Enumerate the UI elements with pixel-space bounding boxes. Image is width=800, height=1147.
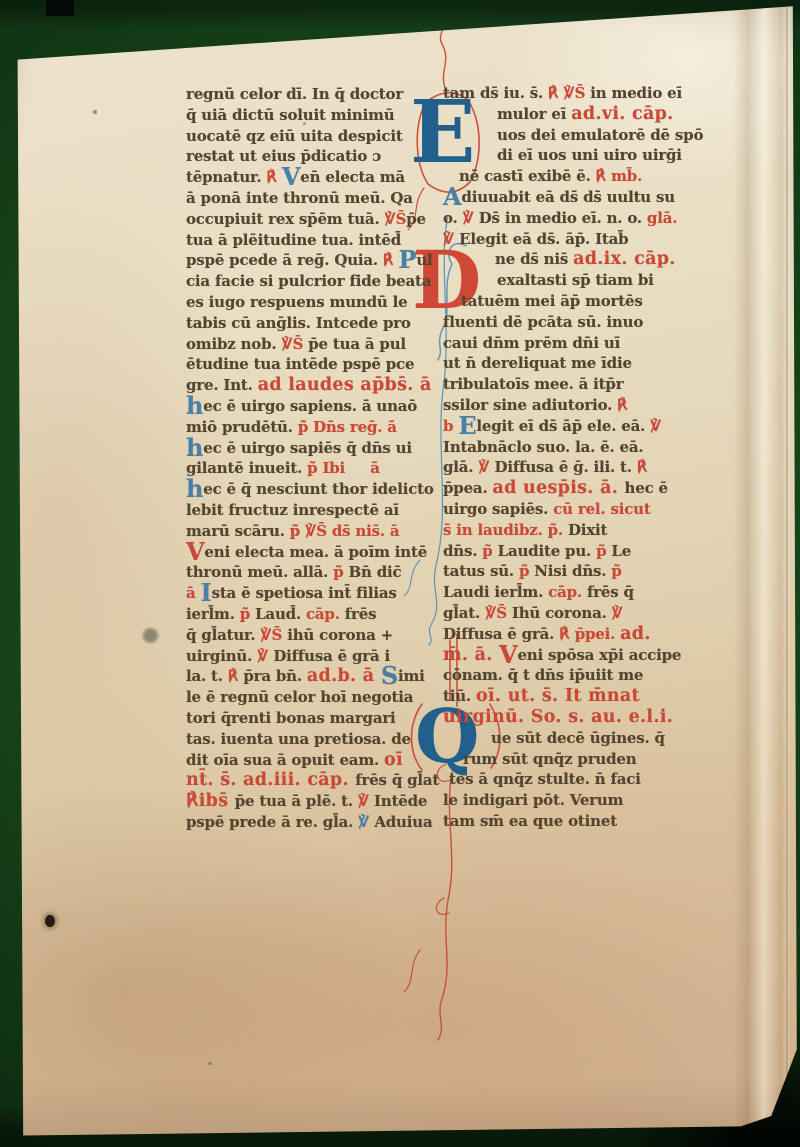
text-segment: mulor eī — [497, 105, 571, 123]
text-segment: p̃ — [519, 562, 534, 580]
text-line: fluenti dē pcāta sū. inuo — [443, 312, 703, 333]
text-segment: ℟ — [383, 251, 398, 269]
text-segment: ℣ — [443, 230, 459, 248]
text-line: hec ē uirgo sapiēs q̄ dn̄s ui — [186, 438, 439, 459]
text-line: o. ℣ Ds̄ in medio eī. n. o. glā. — [443, 208, 703, 229]
text-segment: p̄e tua ā pul — [308, 335, 406, 353]
text-line: tabis cū anḡlis. Intcede pro — [186, 313, 439, 334]
text-line: p̄pea. ad uesp̄is. ā. hec ē — [443, 478, 703, 499]
text-segment: en̄ electa mā — [300, 168, 405, 186]
text-segment: ad. — [620, 624, 651, 644]
text-line: cia facie si pulcrior fide beata — [186, 271, 439, 292]
text-segment: nt̄. s̄. ad.iii. cāp. — [186, 770, 355, 790]
text-segment: ℣S̄ — [260, 626, 287, 644]
text-line: b Elegit eī ds̄ āp̄ ele. eā. ℣ — [443, 416, 703, 437]
text-line: mulor eī ad.vi. cāp. — [443, 104, 703, 125]
text-segment: Nisi dn̄s. — [534, 562, 611, 580]
text-line: ℣ Elegit eā ds̄. āp̄. Itab̄ — [443, 229, 703, 250]
text-line: ssilor sine adiutorio. ℟ — [443, 395, 703, 416]
text-line: hec ē q̄ nesciunt thor idelicto — [186, 479, 439, 500]
text-segment: ℣ — [358, 813, 374, 831]
text-segment: in medio eī — [590, 84, 682, 102]
text-segment: glā. — [647, 209, 677, 227]
text-line: tam ds̄ iu. s̄. ℟ ℣S̄ in medio eī — [443, 83, 703, 104]
text-segment: ℣ — [257, 647, 273, 665]
text-line: m̄. ā. Veni spōsa xp̄i accipe — [443, 645, 703, 666]
text-segment: m̄. ā. — [443, 645, 499, 665]
text-segment: cāp. — [548, 583, 587, 601]
text-segment: ad.b. ā — [307, 666, 381, 686]
text-segment: P — [398, 245, 416, 274]
text-segment: es iugo respuens mundū le — [186, 293, 407, 311]
text-segment: p̃ Dn̄s reḡ. ā — [298, 418, 397, 436]
text-line: Adiuuabit eā ds̄ ds̄ uultu su — [443, 187, 703, 208]
text-segment: S — [381, 661, 398, 690]
text-segment: tes ā qnq̄z stulte. n̄ faci — [449, 770, 641, 788]
text-segment: ℣ — [463, 209, 479, 227]
text-line: nē castī exibē ē. ℟ mb̄. — [443, 166, 703, 187]
text-segment: lebit fructuz inrespectē aī — [186, 501, 399, 519]
text-segment: I — [201, 578, 212, 607]
text-segment: dn̄s. — [443, 542, 482, 560]
text-segment: s̄ in laudibz. p̃. — [443, 521, 568, 539]
text-segment: eni spōsa xp̄i accipe — [517, 646, 681, 664]
text-segment: cū rel. sicut — [553, 500, 650, 518]
text-segment: p̃ — [333, 563, 348, 581]
text-segment: Laudite pu. — [498, 542, 597, 560]
text-segment: p̃ — [482, 542, 497, 560]
text-segment: ℣S̄ — [385, 210, 407, 228]
text-segment: ne ds̄ nis̄ — [495, 250, 573, 268]
text-segment: ul — [416, 251, 432, 269]
text-segment: Ihū corona. — [512, 604, 612, 622]
manuscript-page: E D Q regnū celor dī. In q̄ doctorq̄ uiā… — [0, 0, 800, 1147]
text-line: lebit fructuz inrespectē aī — [186, 500, 439, 521]
text-segment: ad laudes ap̄bs̄. ā — [258, 375, 432, 395]
stain-spot — [141, 627, 160, 644]
page-fold — [733, 0, 789, 1147]
text-segment: ad.ix. cāp. — [573, 249, 676, 269]
text-line: ā ponā inte thronū meū. Qa — [186, 188, 439, 209]
text-segment: q̄ gl̄atur. — [186, 626, 260, 644]
text-segment: A — [443, 182, 461, 211]
text-segment: tua ā plēitudine tua. intēd̄ — [186, 231, 401, 249]
text-line: exaltasti sp̄ tiam bi — [443, 270, 703, 291]
text-segment: la. t. — [186, 667, 228, 685]
text-segment: le ē regnū celor hoī negotia — [186, 688, 413, 706]
text-segment: p̃ — [611, 562, 621, 580]
text-line: thronū meū. allā. p̃ Bn̄ dic̄ — [186, 562, 439, 583]
text-segment: oī — [384, 750, 403, 770]
text-segment: ec ē q̄ nesciunt thor idelicto — [203, 480, 433, 498]
text-line: dn̄s. p̃ Laudite pu. p̃ Le — [443, 541, 703, 562]
text-segment: ut n̄ dereliquat me īdie — [443, 354, 632, 372]
text-segment: uirgo sapiēs. — [443, 500, 553, 518]
text-segment: Elegit eā ds̄. āp̄. Itab̄ — [459, 230, 628, 248]
text-segment: ec ē uirgo sapiēs q̄ dn̄s ui — [203, 439, 412, 457]
text-line: Veni electa mea. ā poīm intē — [186, 542, 439, 563]
text-segment: glā. — [443, 458, 478, 476]
text-segment: Aduiua — [374, 813, 432, 831]
text-segment: p̄e tua ā plē. t. — [235, 792, 358, 810]
photo-background: E D Q regnū celor dī. In q̄ doctorq̄ uiā… — [0, 0, 800, 1147]
speck — [93, 110, 97, 114]
text-segment: sta ē spetiosa int̄ filias — [212, 584, 397, 602]
text-line: ā Ista ē spetiosa int̄ filias — [186, 583, 439, 604]
page-fold-crease — [786, 0, 788, 1147]
text-segment: uirginū. — [186, 647, 257, 665]
text-segment: nē castī exibē ē. — [459, 167, 596, 185]
text-segment: ℣ — [612, 604, 623, 622]
text-segment: ℟ — [266, 168, 281, 186]
text-segment: h — [186, 391, 203, 420]
text-line: tēpnatur. ℟ Ven̄ electa mā — [186, 167, 439, 188]
text-segment: ℟ibs̄ — [186, 791, 235, 811]
text-segment: p̃ ℣S̄ ds̄ nis̄. ā — [290, 522, 400, 540]
text-segment: Ds̄ in medio eī. n. o. — [479, 209, 647, 227]
text-line: restat ut eius p̄dicatio ɔ — [186, 146, 439, 167]
text-segment: cōnam. q̄ t dn̄s ip̄uiit me — [443, 666, 643, 684]
text-segment: tabis cū anḡlis. Intcede pro — [186, 314, 411, 332]
text-line: rum sūt qnq̄z pruden — [443, 749, 703, 770]
text-line: Diffusa ē grā. ℟ p̄pei. ad. — [443, 624, 703, 645]
wormhole — [45, 915, 55, 927]
text-segment: dit oīa sua ā opuit eam. — [186, 751, 384, 769]
text-line: gilantē inueit. p̃ Ibi ā — [186, 458, 439, 479]
text-segment: uirginū. So. s. au. e.l.i. — [443, 707, 673, 727]
text-segment: cia facie si pulcrior fide beata — [186, 272, 431, 290]
text-segment: Le — [611, 542, 631, 560]
text-line: uocatē qz eiū uita despicit — [186, 126, 439, 147]
text-segment: o. — [443, 209, 463, 227]
text-segment: gilantē inueit. — [186, 459, 307, 477]
text-segment: Intabnāclo suo. la. ē. eā. — [443, 438, 643, 456]
text-line: pspē pcede ā reḡ. Quia. ℟ Pul — [186, 250, 439, 271]
text-segment: oī. ut. s̄. It m̄nat — [476, 686, 640, 706]
text-line: miō prudētū. p̃ Dn̄s reḡ. ā — [186, 417, 439, 438]
text-segment: tas. iuenta una pretiosa. de — [186, 730, 411, 748]
background-gap — [46, 0, 74, 16]
text-line: uos dei emulatorē dē spō — [443, 125, 703, 146]
text-segment: p̃ Ibi — [307, 459, 345, 477]
text-segment: p̃ — [596, 542, 611, 560]
text-segment: pspē prede ā re. gl̄a. — [186, 813, 358, 831]
text-line: ierl̄m. p̃ Laud̄. cāp. frēs — [186, 604, 439, 625]
text-segment: p̄e — [406, 210, 426, 228]
text-line: tatus sū. p̃ Nisi dn̄s. p̃ — [443, 561, 703, 582]
text-segment: V — [282, 162, 300, 191]
text-segment: ℣S̄ — [281, 335, 308, 353]
text-segment: regnū celor dī. In q̄ doctor — [186, 85, 403, 103]
text-segment: ētudine tua intēde pspē pce — [186, 355, 414, 373]
text-line: omibz nob. ℣S̄ p̄e tua ā pul — [186, 334, 439, 355]
text-line: tas. iuenta una pretiosa. de — [186, 729, 439, 750]
text-segment: ℣ — [358, 792, 374, 810]
text-line: gre. Int. ad laudes ap̄bs̄. ā — [186, 375, 439, 396]
text-segment: uos dei emulatorē dē spō — [497, 126, 703, 144]
text-segment: ℟ mb̄. — [596, 167, 642, 185]
text-line: nt̄. s̄. ad.iii. cāp. frēs q̄ gl̄at — [186, 770, 439, 791]
text-segment: tatus sū. — [443, 562, 519, 580]
text-line: di eī uos uni uiro uirḡi — [443, 145, 703, 166]
text-segment: ℟ — [637, 458, 647, 476]
text-line: s̄ in laudibz. p̃. Dixit — [443, 520, 703, 541]
text-segment: eni electa mea. ā poīm intē — [204, 543, 427, 561]
text-segment: ℣ — [650, 417, 661, 435]
text-segment: omibz nob. — [186, 335, 281, 353]
text-segment: p̄pea. — [443, 479, 492, 497]
text-line: uirginū. ℣ Diffusa ē grā i — [186, 646, 439, 667]
text-segment: ℣ — [478, 458, 494, 476]
text-segment: Laud̄. — [255, 605, 306, 623]
text-segment: ℟ — [228, 667, 243, 685]
text-line: cōnam. q̄ t dn̄s ip̄uiit me — [443, 665, 703, 686]
text-segment: Bn̄ dic̄ — [349, 563, 402, 581]
text-segment: h — [186, 433, 203, 462]
text-segment: ierl̄m. — [186, 605, 240, 623]
text-segment: frēs q̄ — [587, 583, 634, 601]
text-column-left: regnū celor dī. In q̄ doctorq̄ uiā dictū… — [186, 84, 439, 833]
text-segment: diuuabit eā ds̄ ds̄ uultu su — [461, 188, 675, 206]
text-line: tori q̄renti bonas margari — [186, 708, 439, 729]
text-segment: frēs — [345, 605, 377, 623]
text-segment: Dixit — [568, 521, 607, 539]
text-segment: ue sūt decē ūgines. q̄ — [491, 729, 665, 747]
text-line: hec ē uirgo sapiens. ā unaō — [186, 396, 439, 417]
text-segment: q̄ uiā dictū soluit minimū — [186, 106, 395, 124]
text-segment: tatuēm mei āp̄ mortēs — [461, 292, 643, 310]
text-segment: p̃ — [240, 605, 255, 623]
text-segment: ā — [186, 584, 201, 602]
text-segment: V — [499, 640, 517, 669]
text-segment: tori q̄renti bonas margari — [186, 709, 396, 727]
speck — [208, 1062, 212, 1065]
text-line: caui dn̄m prēm dn̄i uī — [443, 333, 703, 354]
text-segment: caui dn̄m prēm dn̄i uī — [443, 334, 620, 352]
text-segment: ec ē uirgo sapiens. ā unaō — [203, 397, 417, 415]
text-segment: hec ē — [625, 479, 668, 497]
text-segment: ā ponā inte thronū meū. Qa — [186, 189, 413, 207]
text-segment: ℟ — [617, 396, 627, 414]
text-segment: rum sūt qnq̄z pruden — [463, 750, 636, 768]
text-segment: ad uesp̄is. ā. — [492, 478, 624, 498]
text-line: ut n̄ dereliquat me īdie — [443, 353, 703, 374]
text-segment: di eī uos uni uiro uirḡi — [497, 146, 682, 164]
text-segment: E — [458, 411, 476, 440]
text-segment: Intēde — [374, 792, 427, 810]
text-line: ne ds̄ nis̄ ad.ix. cāp. — [443, 249, 703, 270]
text-line: uirginū. So. s. au. e.l.i. — [443, 707, 703, 728]
text-line: ētudine tua intēde pspē pce — [186, 354, 439, 375]
text-segment: frēs q̄ gl̄at — [355, 771, 439, 789]
text-line: marū scāru. p̃ ℣S̄ ds̄ nis̄. ā — [186, 521, 439, 542]
text-line: uirgo sapiēs. cū rel. sicut — [443, 499, 703, 520]
text-segment: tēpnatur. — [186, 168, 266, 186]
text-segment: gl̄at. — [443, 604, 485, 622]
text-segment: cāp. — [306, 605, 345, 623]
text-segment: fluenti dē pcāta sū. inuo — [443, 313, 643, 331]
text-segment: tam ds̄ iu. s̄. — [443, 84, 548, 102]
text-segment: imi — [398, 667, 425, 685]
text-line: Intabnāclo suo. la. ē. eā. — [443, 437, 703, 458]
text-line: le indigari pōt. Verum — [443, 790, 703, 811]
speck — [303, 122, 306, 125]
text-line: q̄ uiā dictū soluit minimū — [186, 105, 439, 126]
text-segment: tam sm̄ ea que otinet — [443, 812, 617, 830]
text-segment: h — [186, 474, 203, 503]
text-segment: ℟ p̄pei. — [559, 625, 620, 643]
text-line: regnū celor dī. In q̄ doctor — [186, 84, 439, 105]
text-line: tiū. oī. ut. s̄. It m̄nat — [443, 686, 703, 707]
text-line: ℟ibs̄ p̄e tua ā plē. t. ℣ Intēde — [186, 791, 439, 812]
text-segment: ā — [370, 459, 380, 477]
text-segment: b — [443, 417, 458, 435]
text-segment: le indigari pōt. Verum — [443, 791, 623, 809]
text-segment: Diffusa ē grā i — [273, 647, 390, 665]
text-segment: uocatē qz eiū uita despicit — [186, 127, 403, 145]
text-line: gl̄at. ℣S̄ Ihū corona. ℣ — [443, 603, 703, 624]
text-segment: pspē pcede ā reḡ. Quia. — [186, 251, 383, 269]
text-line: es iugo respuens mundū le — [186, 292, 439, 313]
text-line: pspē prede ā re. gl̄a. ℣ Aduiua — [186, 812, 439, 833]
text-segment: occupiuit rex sp̄ēm tuā. — [186, 210, 385, 228]
text-line: ue sūt decē ūgines. q̄ — [443, 728, 703, 749]
text-segment: legit eī ds̄ āp̄ ele. eā. — [476, 417, 650, 435]
text-line: tribulatoīs mee. ā itp̄r — [443, 374, 703, 395]
text-segment: exaltasti sp̄ tiam bi — [497, 271, 654, 289]
text-segment: tribulatoīs mee. ā itp̄r — [443, 375, 623, 393]
text-line: q̄ gl̄atur. ℣S̄ ihū corona + — [186, 625, 439, 646]
text-segment — [345, 459, 370, 477]
text-line: dit oīa sua ā opuit eam. oī — [186, 750, 439, 771]
text-line: glā. ℣ Diffusa ē ḡ. ili. t. ℟ — [443, 457, 703, 478]
text-segment: ℣S̄ — [485, 604, 512, 622]
text-segment: Laudi ierl̄m. — [443, 583, 548, 601]
text-column-right: tam ds̄ iu. s̄. ℟ ℣S̄ in medio eīmulor e… — [443, 83, 703, 832]
text-segment: p̄ra bn̄. — [243, 667, 307, 685]
text-line: Laudi ierl̄m. cāp. frēs q̄ — [443, 582, 703, 603]
text-line: tatuēm mei āp̄ mortēs — [443, 291, 703, 312]
text-line: le ē regnū celor hoī negotia — [186, 687, 439, 708]
text-line: la. t. ℟ p̄ra bn̄. ad.b. ā Simi — [186, 666, 439, 687]
text-segment: Diffusa ē ḡ. ili. t. — [495, 458, 637, 476]
text-segment: tiū. — [443, 687, 476, 705]
text-line: tam sm̄ ea que otinet — [443, 811, 703, 832]
text-segment: ad.vi. cāp. — [571, 104, 673, 124]
text-segment: ℟ ℣S̄ — [548, 84, 590, 102]
text-line: occupiuit rex sp̄ēm tuā. ℣S̄p̄e — [186, 209, 439, 230]
text-segment: V — [186, 537, 204, 566]
text-segment: ihū corona + — [287, 626, 393, 644]
text-line: tes ā qnq̄z stulte. n̄ faci — [443, 769, 703, 790]
